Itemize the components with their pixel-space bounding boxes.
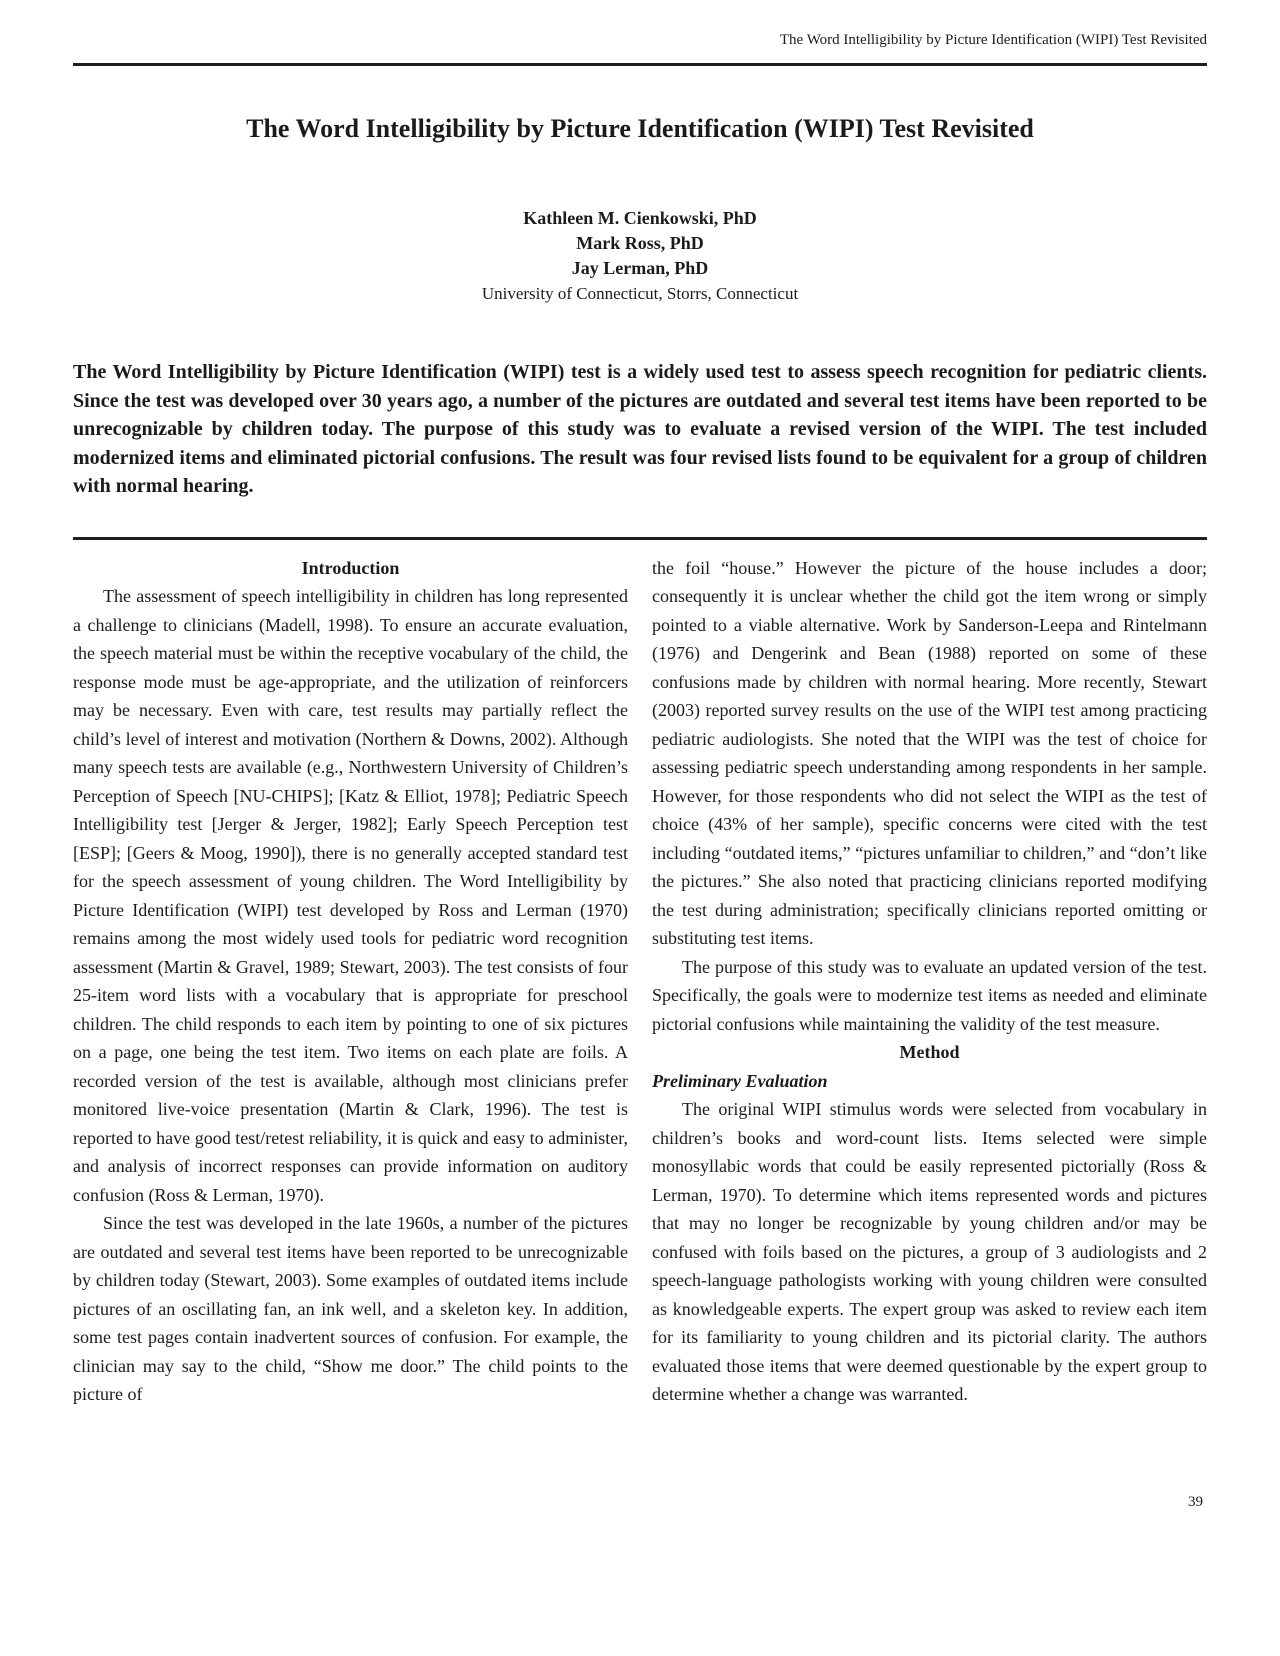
abstract: The Word Intelligibility by Picture Iden… <box>73 358 1207 501</box>
page-number: 39 <box>1188 1494 1203 1511</box>
author-name: Mark Ross, PhD <box>73 231 1207 256</box>
author-name: Kathleen M. Cienkowski, PhD <box>73 206 1207 231</box>
section-heading: Method <box>652 1038 1207 1067</box>
abstract-rule <box>73 537 1207 540</box>
body-paragraph: The purpose of this study was to evaluat… <box>652 953 1207 1039</box>
two-column-body: IntroductionThe assessment of speech int… <box>73 554 1207 1409</box>
left-column: IntroductionThe assessment of speech int… <box>73 554 628 1409</box>
author-affiliation: University of Connecticut, Storrs, Conne… <box>73 281 1207 306</box>
header-rule <box>73 63 1207 66</box>
body-paragraph: The assessment of speech intelligibility… <box>73 582 628 1209</box>
body-paragraph: Since the test was developed in the late… <box>73 1209 628 1409</box>
paper-page: The Word Intelligibility by Picture Iden… <box>73 0 1207 1409</box>
body-paragraph: The original WIPI stimulus words were se… <box>652 1095 1207 1409</box>
author-block: Kathleen M. Cienkowski, PhD Mark Ross, P… <box>73 206 1207 306</box>
author-name: Jay Lerman, PhD <box>73 256 1207 281</box>
section-heading: Introduction <box>73 554 628 583</box>
body-paragraph-continued: the foil “house.” However the picture of… <box>652 554 1207 953</box>
article-title: The Word Intelligibility by Picture Iden… <box>73 112 1207 146</box>
running-head: The Word Intelligibility by Picture Iden… <box>73 30 1207 50</box>
subsection-heading: Preliminary Evaluation <box>652 1067 1207 1096</box>
right-column: the foil “house.” However the picture of… <box>652 554 1207 1409</box>
